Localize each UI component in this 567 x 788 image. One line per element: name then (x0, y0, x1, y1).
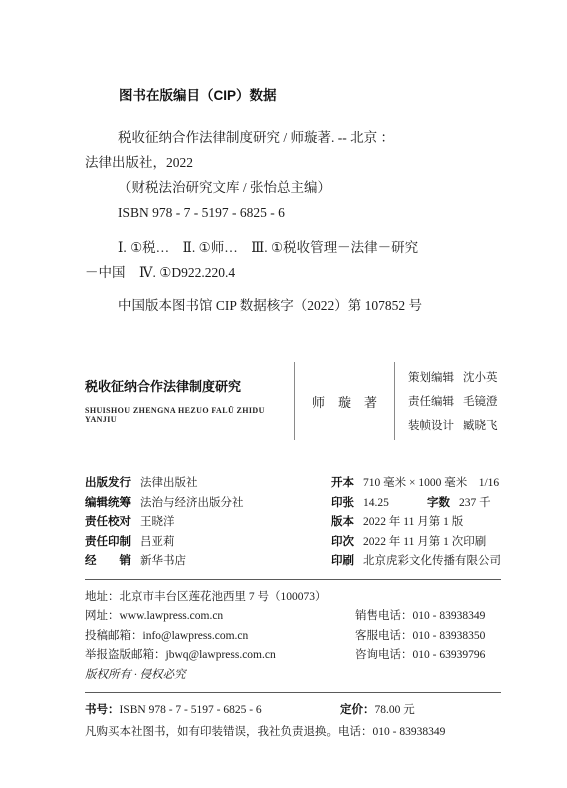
title-band: 税收征纳合作法律制度研究 SHUISHOU ZHENGNA HEZUO FALÜ… (85, 362, 501, 440)
wordcount-pair: 字数 237 千 (427, 494, 491, 514)
value-printing: 2022 年 11 月第 1 次印刷 (363, 533, 486, 553)
divider-above-contact (85, 579, 501, 580)
contact-left-column: 地址：北京市丰台区莲花池西里 7 号（100073） 网址：www.lawpre… (85, 588, 355, 686)
row-edition: 版本 2022 年 11 月第 1 版 (331, 513, 501, 533)
cip-record-number: 中国版本图书馆 CIP 数据核字（2022）第 107852 号 (85, 293, 501, 318)
credit-role: 策划编辑 (408, 369, 454, 385)
value-print-supervisor: 吕亚莉 (140, 533, 175, 553)
value-format: 710 毫米 × 1000 毫米 1/16 (363, 474, 499, 494)
row-distributor: 经 销 新华书店 (85, 552, 331, 572)
colophon-left-column: 出版发行 法律出版社 编辑统筹 法治与经济出版分社 责任校对 王晓洋 责任印制 … (85, 474, 331, 572)
label-proofreader: 责任校对 (85, 513, 131, 533)
cip-classification-line2: －中国 Ⅳ. ①D922.220.4 (85, 260, 501, 285)
label-printer: 印刷 (331, 552, 354, 572)
label-print-supervisor: 责任印制 (85, 533, 131, 553)
copyright-notice: 版权所有 · 侵权必究 (85, 666, 355, 686)
book-title-pinyin: SHUISHOU ZHENGNA HEZUO FALÜ ZHIDU YANJIU (85, 406, 294, 424)
row-editorial-coordination: 编辑统筹 法治与经济出版分社 (85, 494, 331, 514)
credit-name: 毛镜澄 (463, 393, 498, 409)
piracy-report-email-line: 举报盗版邮箱：jbwq@lawpress.com.cn (85, 646, 355, 666)
row-print-supervisor: 责任印制 吕亚莉 (85, 533, 331, 553)
book-title: 税收征纳合作法律制度研究 (85, 376, 294, 395)
price-label: 定价： (340, 701, 375, 720)
cip-section: 图书在版编目（CIP）数据 税收征纳合作法律制度研究 / 师璇著. -- 北京 … (85, 84, 501, 318)
contact-section: 地址：北京市丰台区莲花池西里 7 号（100073） 网址：www.lawpre… (85, 588, 501, 686)
cip-publisher-line: 法律出版社，2022 (85, 150, 501, 175)
row-format: 开本 710 毫米 × 1000 毫米 1/16 (331, 474, 501, 494)
credit-name: 臧晓飞 (463, 417, 498, 433)
address-line: 地址：北京市丰台区莲花池西里 7 号（100073） (85, 588, 355, 608)
label-publisher: 出版发行 (85, 474, 131, 494)
bookno-price-row: 书号： ISBN 978 - 7 - 5197 - 6825 - 6 定价： 7… (85, 701, 501, 720)
credit-name: 沈小英 (463, 369, 498, 385)
row-printing: 印次 2022 年 11 月第 1 次印刷 (331, 533, 501, 553)
value-publisher: 法律出版社 (140, 474, 198, 494)
author-name: 师 璇 著 (295, 362, 394, 440)
row-proofreader: 责任校对 王晓洋 (85, 513, 331, 533)
website-line: 网址：www.lawpress.com.cn (85, 607, 355, 627)
credit-row-responsible-editor: 责任编辑 毛镜澄 (408, 393, 501, 409)
inquiry-phone-line: 咨询电话：010 - 63939796 (355, 646, 501, 666)
cip-header: 图书在版编目（CIP）数据 (119, 84, 501, 104)
value-editorial-coordination: 法治与经济出版分社 (140, 494, 244, 514)
label-printing: 印次 (331, 533, 354, 553)
book-number-value: ISBN 978 - 7 - 5197 - 6825 - 6 (120, 701, 262, 720)
value-proofreader: 王晓洋 (140, 513, 175, 533)
colophon-right-column: 开本 710 毫米 × 1000 毫米 1/16 印张 14.25 字数 237… (331, 474, 501, 572)
return-policy-notice: 凡购买本社图书，如有印装错误，我社负责退换。电话：010 - 83938349 (85, 723, 501, 742)
contact-right-column: 销售电话：010 - 83938349 客服电话：010 - 83938350 … (355, 607, 501, 685)
divider-above-footer (85, 692, 501, 693)
cip-isbn: ISBN 978 - 7 - 5197 - 6825 - 6 (85, 200, 501, 225)
price-value: 78.00 元 (375, 701, 415, 720)
label-distributor: 经 销 (85, 552, 131, 572)
cip-series-note: （财税法治研究文库 / 张怡总主编） (85, 175, 501, 200)
label-sheets: 印张 (331, 494, 354, 514)
credit-role: 装帧设计 (408, 417, 454, 433)
copyright-page: 图书在版编目（CIP）数据 税收征纳合作法律制度研究 / 师璇著. -- 北京 … (0, 0, 567, 788)
credit-row-cover-designer: 装帧设计 臧晓飞 (408, 417, 501, 433)
value-wordcount: 237 千 (459, 494, 491, 514)
row-printer: 印刷 北京虎彩文化传播有限公司 (331, 552, 501, 572)
row-sheets-wordcount: 印张 14.25 字数 237 千 (331, 494, 501, 514)
label-format: 开本 (331, 474, 354, 494)
book-number-block: 书号： ISBN 978 - 7 - 5197 - 6825 - 6 (85, 701, 340, 720)
cip-classification-line1: Ⅰ. ①税… Ⅱ. ①师… Ⅲ. ①税收管理－法律－研究 (85, 235, 501, 260)
label-wordcount: 字数 (427, 494, 450, 514)
submission-email-line: 投稿邮箱：info@lawpress.com.cn (85, 627, 355, 647)
credit-role: 责任编辑 (408, 393, 454, 409)
credit-row-planning-editor: 策划编辑 沈小英 (408, 369, 501, 385)
colophon-section: 出版发行 法律出版社 编辑统筹 法治与经济出版分社 责任校对 王晓洋 责任印制 … (85, 474, 501, 572)
book-number-label: 书号： (85, 701, 120, 720)
sales-phone-line: 销售电话：010 - 83938349 (355, 607, 501, 627)
value-distributor: 新华书店 (140, 552, 186, 572)
label-editorial-coordination: 编辑统筹 (85, 494, 131, 514)
value-sheets: 14.25 (363, 494, 409, 514)
value-printer: 北京虎彩文化传播有限公司 (363, 552, 501, 572)
price-block: 定价： 78.00 元 (340, 701, 415, 720)
title-block: 税收征纳合作法律制度研究 SHUISHOU ZHENGNA HEZUO FALÜ… (85, 362, 294, 440)
cip-title-line: 税收征纳合作法律制度研究 / 师璇著. -- 北京 ： (85, 125, 501, 150)
footer-section: 书号： ISBN 978 - 7 - 5197 - 6825 - 6 定价： 7… (85, 701, 501, 742)
editor-credits: 策划编辑 沈小英 责任编辑 毛镜澄 装帧设计 臧晓飞 (395, 362, 501, 440)
row-publisher: 出版发行 法律出版社 (85, 474, 331, 494)
value-edition: 2022 年 11 月第 1 版 (363, 513, 463, 533)
label-edition: 版本 (331, 513, 354, 533)
service-phone-line: 客服电话：010 - 83938350 (355, 627, 501, 647)
